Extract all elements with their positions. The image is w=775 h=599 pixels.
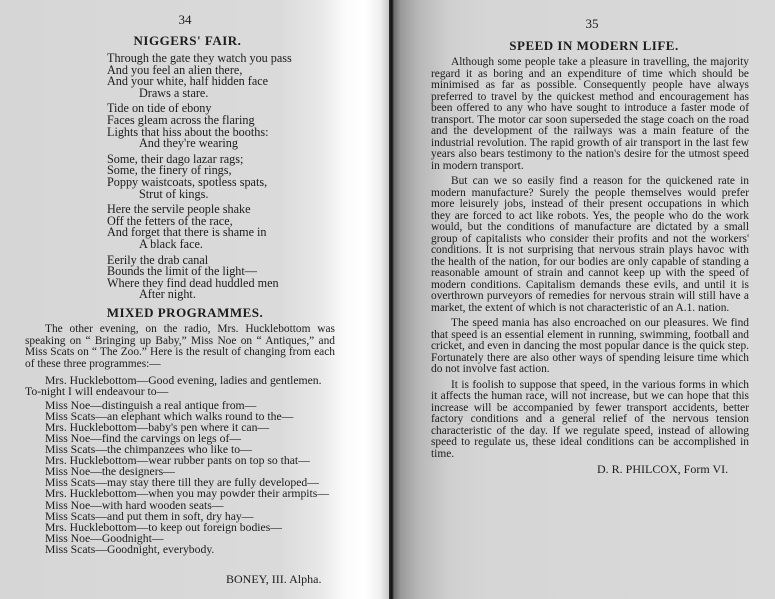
signature-boney: BONEY, III. Alpha. <box>226 572 321 587</box>
dialogue-block: Mrs. Hucklebottom—Good evening, ladies a… <box>25 375 345 555</box>
intro-paragraph: The other evening, on the radio, Mrs. Hu… <box>25 324 335 370</box>
article-paragraph: The speed mania has also encroached on o… <box>431 318 749 376</box>
poem-refrain: And they're wearing <box>107 138 292 150</box>
dialogue-line: To-night I will endeavour to— <box>25 386 345 397</box>
article-paragraph: It is foolish to suppose that speed, in … <box>431 380 749 461</box>
article-title-mixed-programmes: MIXED PROGRAMMES. <box>100 305 270 321</box>
article-intro: The other evening, on the radio, Mrs. Hu… <box>25 324 335 374</box>
left-page: 34 NIGGERS' FAIR. Through the gate they … <box>0 0 389 599</box>
signature-philcox: D. R. PHILCOX, Form VI. <box>597 462 728 477</box>
poem-refrain: A black face. <box>107 239 292 251</box>
dialogue-line: Mrs. Hucklebottom—when you may powder th… <box>25 488 345 499</box>
dialogue-line: Miss Scats—and put them in soft, dry hay… <box>25 511 345 522</box>
poem-stanza: Tide on tide of ebony Faces gleam across… <box>107 103 292 149</box>
page-number-right: 35 <box>577 16 607 32</box>
poem-refrain: Strut of kings. <box>107 189 292 201</box>
poem-stanza: Here the servile people shake Off the fe… <box>107 204 292 250</box>
article-paragraph: But can we so easily find a reason for t… <box>431 176 749 314</box>
dialogue-line: Miss Noe—with hard wooden seats— <box>25 500 345 511</box>
poem-refrain: After night. <box>107 289 292 301</box>
dialogue-line: Miss Scats—Goodnight, everybody. <box>25 544 345 555</box>
article-title-speed: SPEED IN MODERN LIFE. <box>499 38 689 54</box>
article-paragraph: Although some people take a pleasure in … <box>431 57 749 172</box>
poem-body: Through the gate they watch you pass And… <box>107 53 292 305</box>
speed-article-body: Although some people take a pleasure in … <box>431 57 749 464</box>
dialogue-line: Mrs. Hucklebottom—to keep out foreign bo… <box>25 522 345 533</box>
poem-stanza: Some, their dago lazar rags; Some, the f… <box>107 154 292 200</box>
poem-refrain: Draws a stare. <box>107 88 292 100</box>
poem-stanza: Through the gate they watch you pass And… <box>107 53 292 99</box>
poem-title: NIGGERS' FAIR. <box>90 33 285 49</box>
poem-stanza: Eerily the drab canal Bounds the limit o… <box>107 255 292 301</box>
page-number-left: 34 <box>170 12 200 28</box>
poem-line: Where they find dead huddled men <box>107 278 292 290</box>
right-page: 35 SPEED IN MODERN LIFE. Although some p… <box>389 0 775 599</box>
